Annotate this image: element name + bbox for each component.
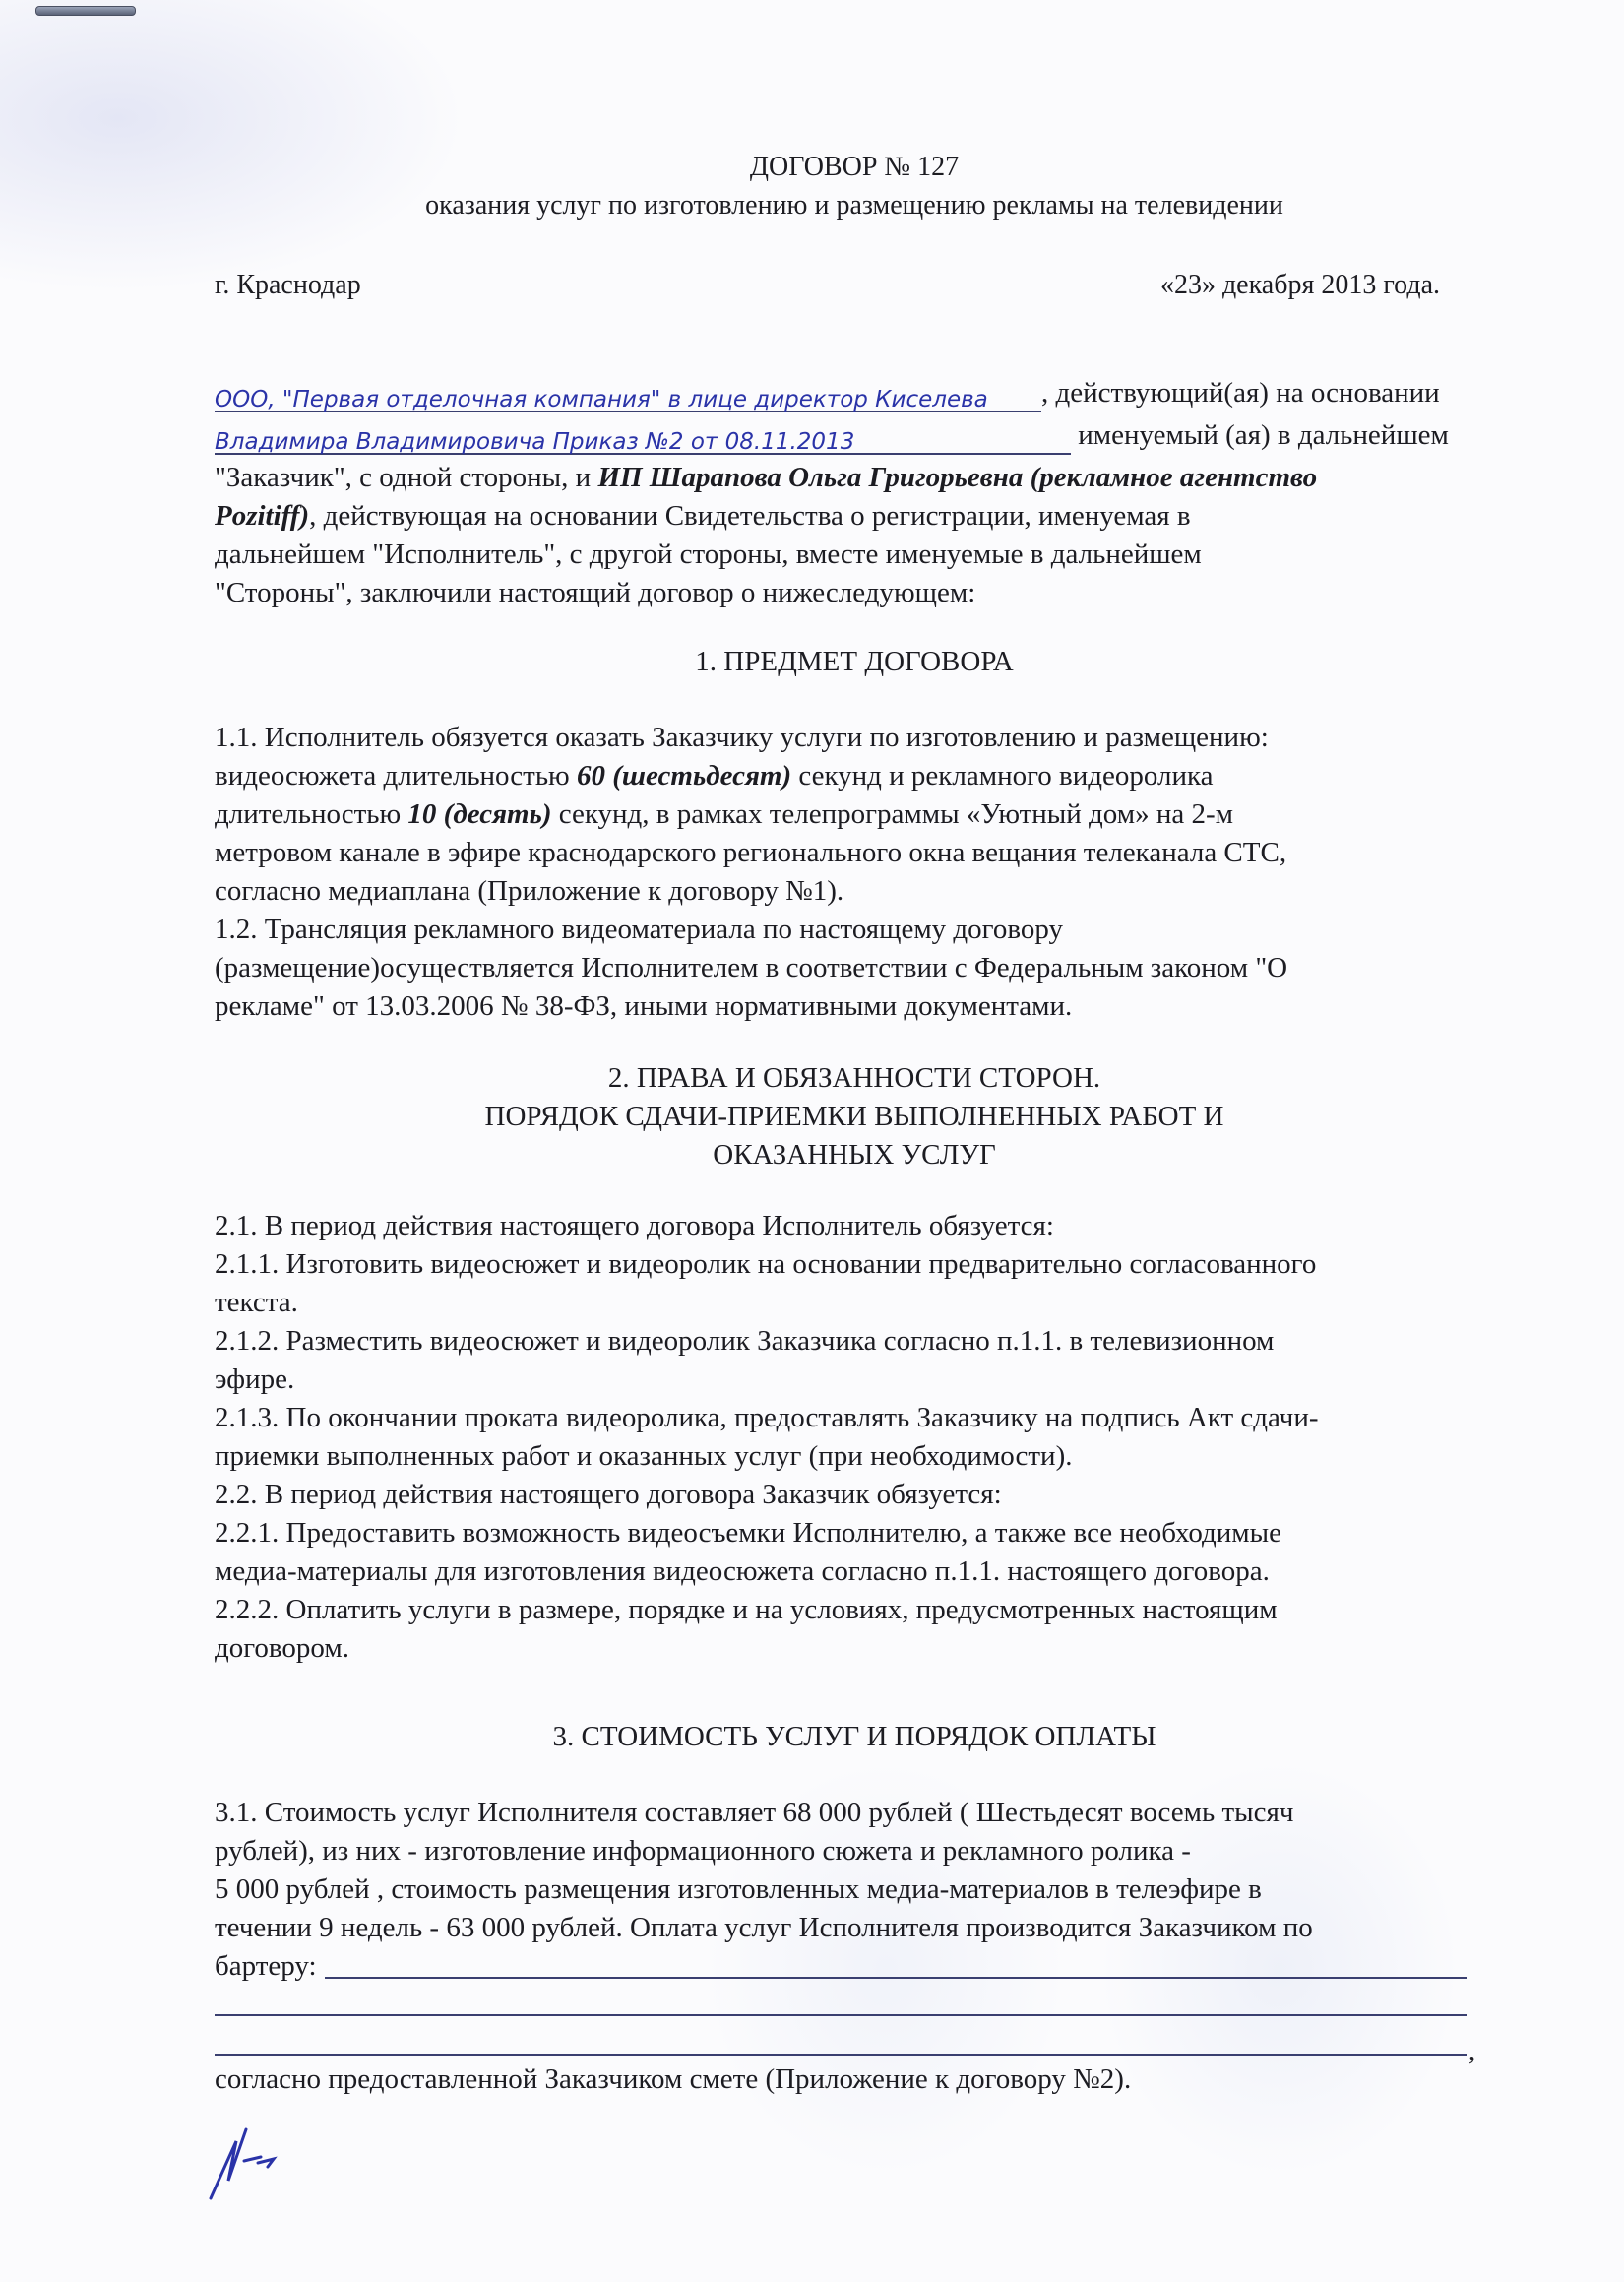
section-2-line: договором. <box>215 1629 1494 1668</box>
section-2-heading-line-1: 2. ПРАВА И ОБЯЗАННОСТИ СТОРОН. <box>215 1059 1494 1098</box>
clause-1-1-line-2: видеосюжета длительностью 60 (шестьдесят… <box>215 757 1494 795</box>
video-duration-10: 10 (десять) <box>407 798 551 830</box>
staple-mark <box>35 6 136 16</box>
section-3-line: 5 000 рублей , стоимость размещения изго… <box>215 1870 1494 1909</box>
document-title: ДОГОВОР № 127 <box>215 150 1494 185</box>
section-3-line: течении 9 недель - 63 000 рублей. Оплата… <box>215 1909 1494 1947</box>
text: секунд и рекламного видеоролика <box>791 760 1213 792</box>
handwritten-director-basis: Владимира Владимировича Приказ №2 от 08.… <box>215 423 1071 455</box>
signature-mark <box>207 2122 295 2200</box>
parties-line-1: ООО, "Первая отделочная компания" в лице… <box>215 374 1494 412</box>
barter-label: бартеру: <box>215 1950 317 1982</box>
section-2-line: 2.1.1. Изготовить видеосюжет и видеороли… <box>215 1245 1494 1284</box>
clause-1-2-line-3: рекламе" от 13.03.2006 № 38-ФЗ, иными но… <box>215 987 1494 1026</box>
section-2-line: 2.1.2. Разместить видеосюжет и видеороли… <box>215 1322 1494 1361</box>
customer-role-text: "Заказчик", с одной стороны, и <box>215 462 597 493</box>
handwritten-customer-name: ООО, "Первая отделочная компания" в лице… <box>215 381 1041 412</box>
section-2-line: 2.2.1. Предоставить возможность видеосъе… <box>215 1514 1494 1553</box>
section-2-line: текста. <box>215 1284 1494 1322</box>
section-3-line: 3.1. Стоимость услуг Исполнителя составл… <box>215 1794 1494 1832</box>
section-3-heading: 3. СТОИМОСТЬ УСЛУГ И ПОРЯДОК ОПЛАТЫ <box>215 1718 1494 1756</box>
parties-line-2: Владимира Владимировича Приказ №2 от 08.… <box>215 416 1494 455</box>
section-3-line: рублей), из них - изготовление информаци… <box>215 1832 1494 1870</box>
parties-line-6: "Стороны", заключили настоящий договор о… <box>215 574 1494 612</box>
clause-1-1-line-3: длительностью 10 (десять) секунд, в рамк… <box>215 795 1494 834</box>
barter-blank-line-3 <box>215 2054 1467 2056</box>
section-2-heading-line-3: ОКАЗАННЫХ УСЛУГ <box>215 1136 1494 1174</box>
section-2-line: приемки выполненных работ и оказанных ус… <box>215 1437 1494 1476</box>
clause-1-2-line-1: 1.2. Трансляция рекламного видеоматериал… <box>215 911 1494 949</box>
section-2-line: 2.1.3. По окончании проката видеоролика,… <box>215 1399 1494 1437</box>
place-date-row: г. Краснодар «23» декабря 2013 года. <box>215 270 1440 301</box>
clause-1-2-line-2: (размещение)осуществляется Исполнителем … <box>215 949 1494 987</box>
text: секунд, в рамках телепрограммы «Уютный д… <box>551 798 1233 830</box>
section-2-line: медиа-материалы для изготовления видеосю… <box>215 1553 1494 1591</box>
contractor-basis-text: , действующая на основании Свидетельства… <box>309 500 1190 532</box>
section-3-final-line: согласно предоставленной Заказчиком смет… <box>215 2060 1494 2099</box>
section-2-heading-line-2: ПОРЯДОК СДАЧИ-ПРИЕМКИ ВЫПОЛНЕННЫХ РАБОТ … <box>215 1098 1494 1136</box>
barter-line: бартеру: <box>215 1947 1494 1986</box>
text: видеосюжета длительностью <box>215 760 577 792</box>
contract-date: «23» декабря 2013 года. <box>1160 270 1440 301</box>
section-2-line: эфире. <box>215 1361 1494 1399</box>
city: г. Краснодар <box>215 270 361 301</box>
section-2-line: 2.1. В период действия настоящего догово… <box>215 1207 1494 1245</box>
document-subtitle: оказания услуг по изготовлению и размеще… <box>215 188 1494 223</box>
section-2-line: 2.2. В период действия настоящего догово… <box>215 1476 1494 1514</box>
clause-1-1-line-5: согласно медиаплана (Приложение к догово… <box>215 872 1494 911</box>
agency-name: Pozitiff) <box>215 500 309 532</box>
parties-line-4: Pozitiff), действующая на основании Свид… <box>215 497 1494 536</box>
referred-as-text: именуемый (ая) в дальнейшем <box>1071 419 1449 451</box>
parties-line-3: "Заказчик", с одной стороны, и ИП Шарапо… <box>215 459 1494 497</box>
acting-basis-text: , действующий(ая) на основании <box>1041 377 1440 409</box>
clause-1-1-line-4: метровом канале в эфире краснодарского р… <box>215 834 1494 872</box>
barter-blank-line-2 <box>215 2014 1467 2016</box>
video-duration-60: 60 (шестьдесят) <box>577 760 791 792</box>
contractor-name: ИП Шарапова Ольга Григорьевна (рекламное… <box>597 462 1317 493</box>
parties-line-5: дальнейшем "Исполнитель", с другой сторо… <box>215 536 1494 574</box>
section-2-line: 2.2.2. Оплатить услуги в размере, порядк… <box>215 1591 1494 1629</box>
section-1-heading: 1. ПРЕДМЕТ ДОГОВОРА <box>215 643 1494 681</box>
text: длительностью <box>215 798 407 830</box>
barter-blank-line-1 <box>325 1977 1467 1979</box>
clause-1-1-line-1: 1.1. Исполнитель обязуется оказать Заказ… <box>215 719 1494 757</box>
